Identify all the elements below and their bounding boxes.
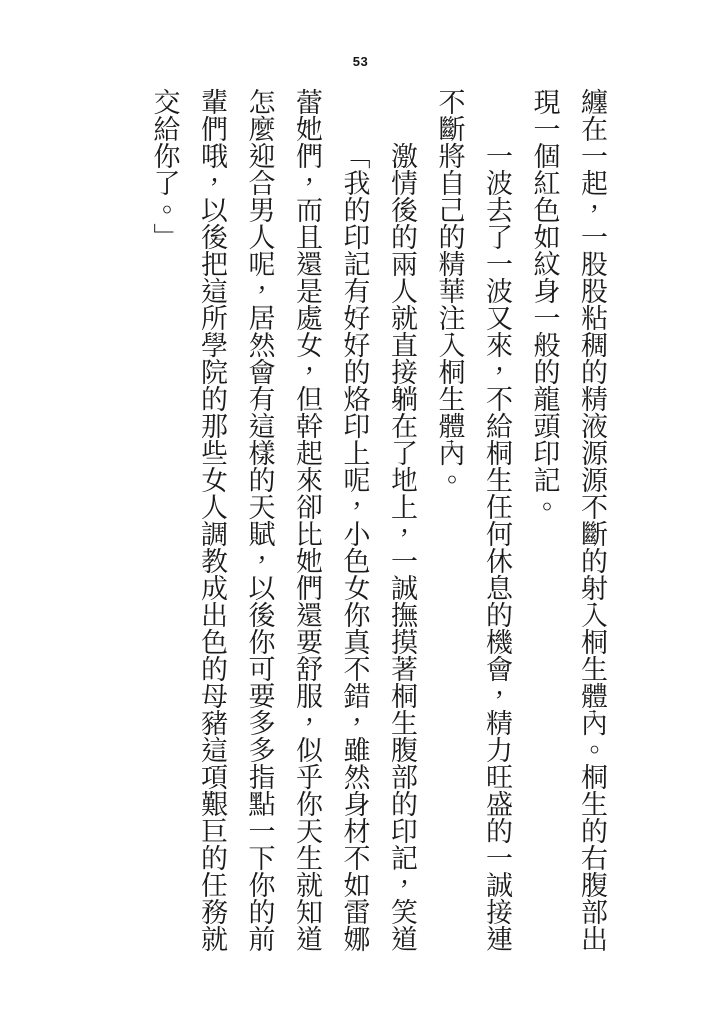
text-column: 怎麼迎合男人呢，居然會有這樣的天賦，以後你可要多多指點一下你的前	[235, 88, 283, 968]
text-block: 纏在一起，一股股粘稠的精液源源不斷的射入桐生體內。桐生的右腹部出現一個紅色如紋身…	[140, 88, 615, 968]
text-column: 一波去了一波又來，不給桐生任何休息的機會，精力旺盛的一誠接連	[473, 88, 521, 968]
text-column: 不斷將自己的精華注入桐生體內。	[425, 88, 473, 968]
text-column: 「我的印記有好好的烙印上呢，小色女你真不錯，雖然身材不如雷娜	[330, 88, 378, 968]
text-column: 輩們哦，以後把這所學院的那些女人調教成出色的母豬這項艱巨的任務就	[188, 88, 236, 968]
text-column: 蕾她們，而且還是處女，但幹起來卻比她們還要舒服，似乎你天生就知道	[283, 88, 331, 968]
text-column: 交給你了。」	[140, 88, 188, 968]
text-column: 現一個紅色如紋身一般的龍頭印記。	[520, 88, 568, 968]
text-column: 激情後的兩人就直接躺在了地上，一誠撫摸著桐生腹部的印記，笑道	[378, 88, 426, 968]
book-page: 53 纏在一起，一股股粘稠的精液源源不斷的射入桐生體內。桐生的右腹部出現一個紅色…	[0, 0, 721, 1020]
page-number: 53	[0, 54, 721, 69]
text-column: 纏在一起，一股股粘稠的精液源源不斷的射入桐生體內。桐生的右腹部出	[568, 88, 616, 968]
